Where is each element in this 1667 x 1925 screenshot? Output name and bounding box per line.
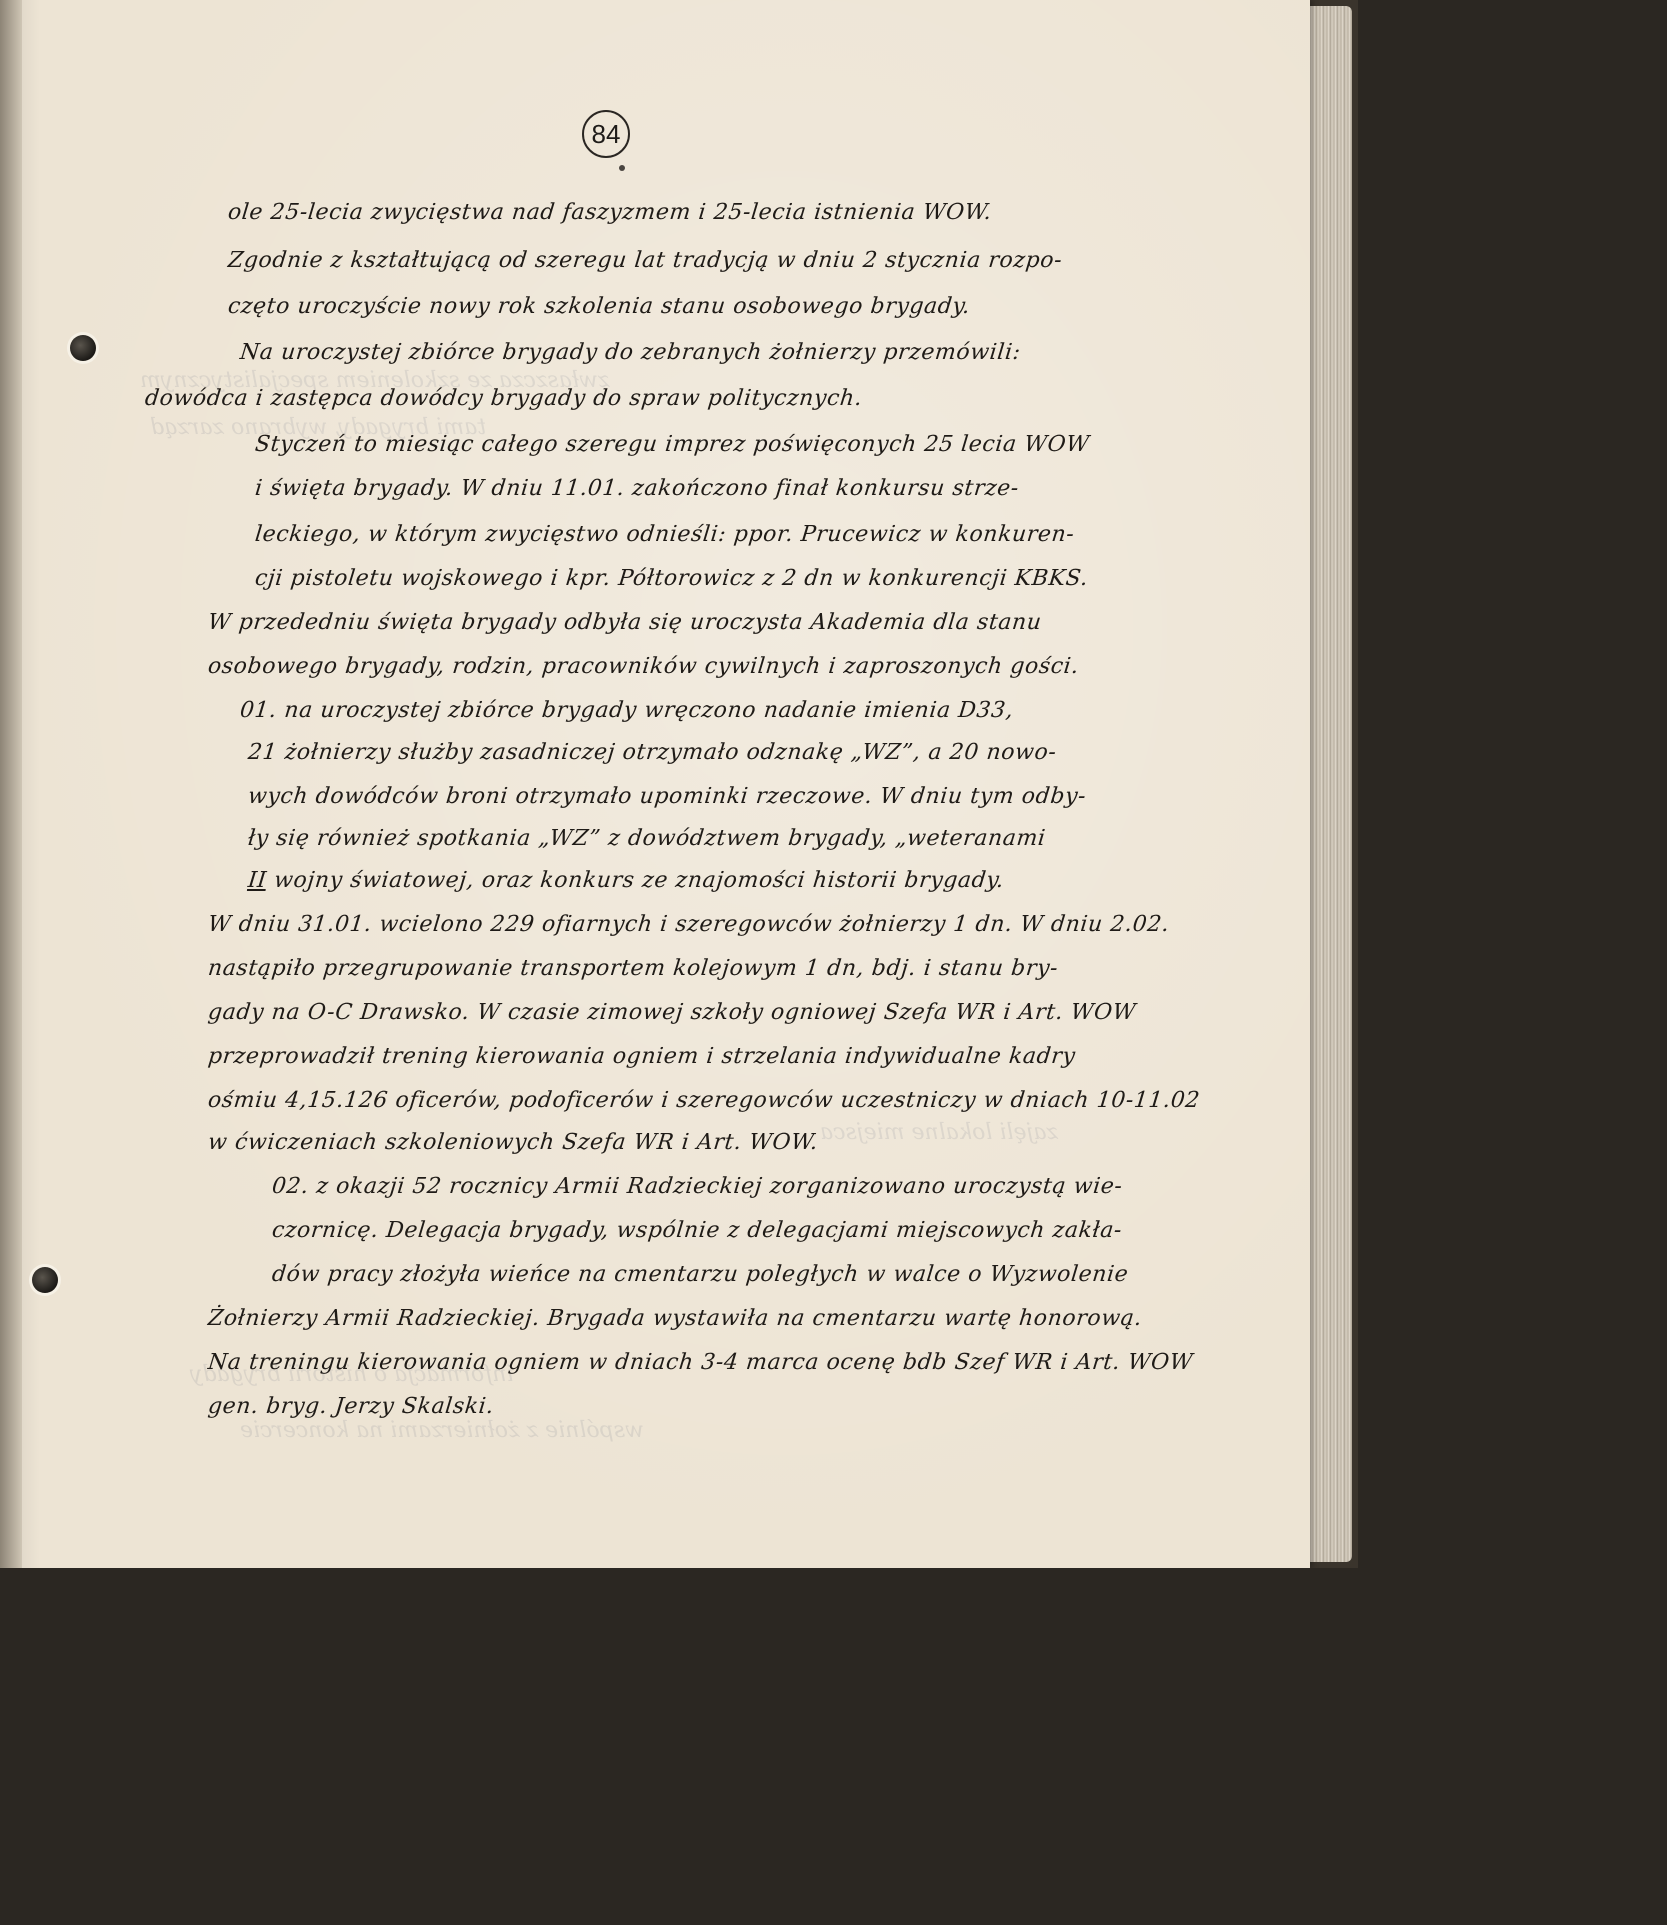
text-line: dowódca i zastępca dowódcy brygady do sp…	[144, 386, 864, 411]
text-line: gen. bryg. Jerzy Skalski.	[207, 1394, 496, 1419]
text-line: 01. na uroczystej zbiórce brygady wręczo…	[239, 698, 1015, 723]
text-line: 02. z okazji 52 rocznicy Armii Radziecki…	[271, 1174, 1124, 1199]
text-line: ole 25-lecia zwycięstwa nad faszyzmem i …	[227, 200, 993, 225]
text-line: Na uroczystej zbiórce brygady do zebrany…	[239, 340, 1022, 365]
document-spread: zwłaszcza ze szkoleniem specjalistycznym…	[0, 0, 1358, 1568]
text-line: czornicę. Delegacja brygady, wspólnie z …	[271, 1218, 1124, 1243]
text-line: W dniu 31.01. wcielono 229 ofiarnych i s…	[207, 912, 1171, 937]
text-line: cji pistoletu wojskowego i kpr. Półtorow…	[254, 566, 1090, 591]
text-line: II wojny światowej, oraz konkurs ze znaj…	[247, 868, 1006, 893]
text-line: 21 żołnierzy służby zasadniczej otrzymał…	[247, 740, 1058, 765]
text-line: ośmiu 4,15.126 oficerów, podoficerów i s…	[207, 1088, 1202, 1113]
underlined-roman-numeral: II	[247, 868, 268, 893]
text-line: Styczeń to miesiąc całego szeregu imprez…	[254, 432, 1091, 457]
text-line: wych dowódców broni otrzymało upominki r…	[247, 784, 1088, 809]
text-line: i święta brygady. W dniu 11.01. zakończo…	[254, 476, 1021, 501]
text-line: dów pracy złożyła wieńce na cmentarzu po…	[271, 1262, 1130, 1287]
text-line: w ćwiczeniach szkoleniowych Szefa WR i A…	[207, 1130, 820, 1155]
text-line: częto uroczyście nowy rok szkolenia stan…	[227, 294, 972, 319]
text-line: leckiego, w którym zwycięstwo odnieśli: …	[254, 522, 1076, 547]
text-line: nastąpiło przegrupowanie transportem kol…	[207, 956, 1060, 981]
text-line: ły się również spotkania „WZ” z dowództw…	[247, 826, 1047, 851]
text-line: gady na O-C Drawsko. W czasie zimowej sz…	[207, 1000, 1138, 1025]
text-line: Żołnierzy Armii Radzieckiej. Brygada wys…	[207, 1306, 1144, 1331]
text-line: Zgodnie z kształtującą od szeregu lat tr…	[227, 248, 1064, 273]
text-line: Na treningu kierowania ogniem w dniach 3…	[207, 1350, 1195, 1375]
text-line: przeprowadził trening kierowania ogniem …	[207, 1044, 1077, 1069]
handwritten-text-block: ole 25-lecia zwycięstwa nad faszyzmem i …	[0, 0, 1310, 1568]
text-line: osobowego brygady, rodzin, pracowników c…	[207, 654, 1081, 679]
document-page: zwłaszcza ze szkoleniem specjalistycznym…	[0, 0, 1310, 1568]
text-line: W przededniu święta brygady odbyła się u…	[207, 610, 1043, 635]
